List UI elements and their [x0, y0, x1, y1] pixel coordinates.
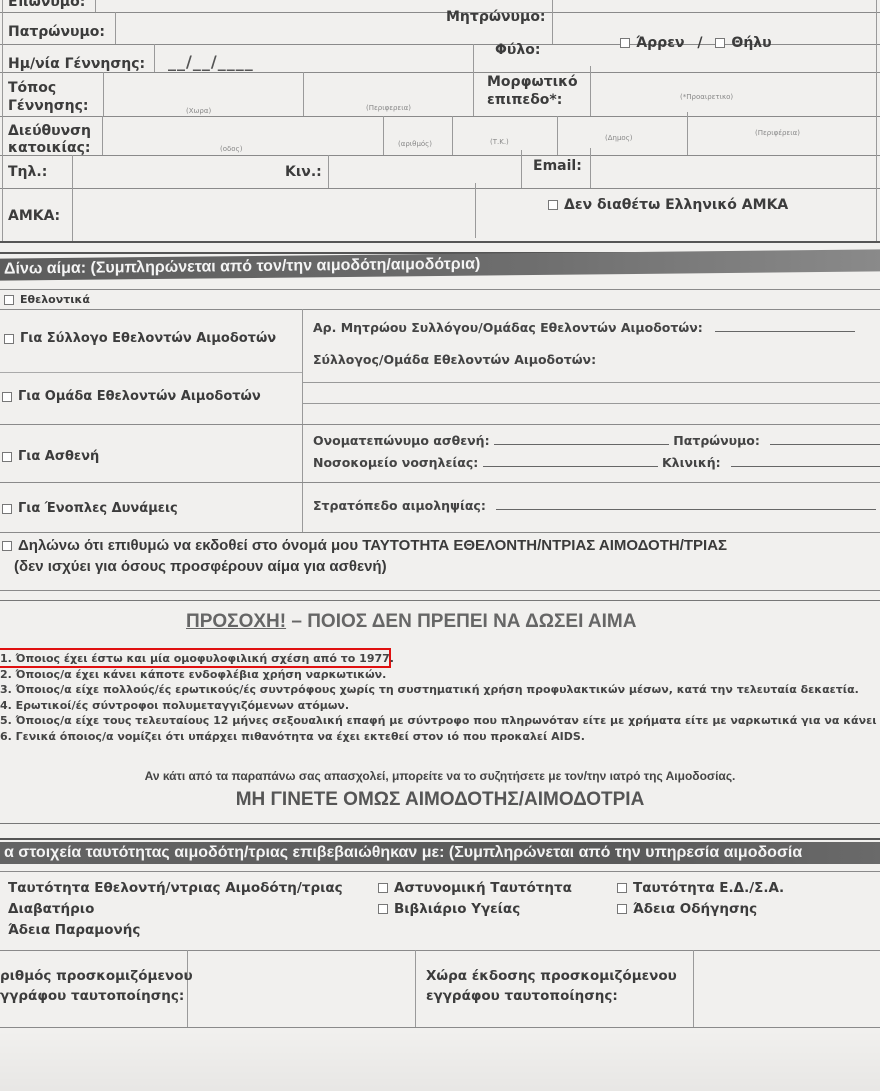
address-label-2: κατοικίας: [8, 140, 91, 156]
birth-date-field[interactable]: __/__/____ [168, 52, 254, 71]
phone-label: Τηλ.: [8, 164, 47, 180]
mother-name-label: Μητρώνυμο: [446, 9, 546, 25]
voluntary-checkbox[interactable] [4, 295, 14, 305]
no-amka-option: Δεν διαθέτω Ελληνικό ΑΜΚΑ [548, 197, 788, 213]
police-id-checkbox[interactable] [378, 883, 388, 893]
amka-field[interactable] [73, 189, 474, 240]
id-card-checkbox[interactable] [2, 541, 12, 551]
birth-date-label: Ημ/νία Γέννησης: [8, 56, 145, 72]
id-card-declaration-line-2: (δεν ισχύει για όσους προσφέρουν αίμα γι… [14, 558, 387, 575]
hospital-row: Νοσοκομείο νοσηλείας: Κλινική: [313, 455, 880, 470]
email-label: Email: [533, 158, 582, 174]
armed-forces-checkbox[interactable] [2, 504, 12, 514]
association-reg-input[interactable] [715, 321, 855, 332]
association-name-input[interactable] [303, 370, 880, 410]
doc-number-label-2: γγράφου ταυτοποίησης: [0, 988, 184, 1004]
address-label-1: Διεύθυνση [8, 123, 91, 139]
education-label-1: Μορφωτικό [487, 74, 578, 90]
postal-code-field[interactable] [453, 117, 556, 154]
driving-license-label: Άδεια Οδήγησης [633, 901, 757, 917]
patient-name-label: Ονοματεπώνυμο ασθενή: [313, 433, 490, 448]
association-reg-label: Αρ. Μητρώου Συλλόγου/Ομάδας Εθελοντών Αι… [313, 320, 703, 335]
no-amka-checkbox[interactable] [548, 200, 558, 210]
amka-label: ΑΜΚΑ: [8, 208, 60, 224]
passport-option[interactable]: Διαβατήριο [8, 899, 343, 920]
driving-license-checkbox[interactable] [617, 904, 627, 914]
patient-label: Για Ασθενή [18, 449, 99, 464]
sex-male-checkbox[interactable] [620, 38, 630, 48]
rule-1: 1. Όποιος έχει έστω και μία ομοφυλοφιλικ… [0, 651, 880, 667]
camp-row: Στρατόπεδο αιμοληψίας: [313, 498, 876, 513]
mobile-label: Κιν.: [285, 164, 322, 180]
paper-shadow [0, 1030, 880, 1091]
camp-input[interactable] [496, 499, 876, 510]
surname-label: Επώνυμο: [8, 0, 85, 10]
volunteer-id-option[interactable]: Ταυτότητα Εθελοντή/ντριας Αιμοδότη/τριας [8, 878, 343, 899]
group-label: Για Ομάδα Εθελοντών Αιμοδοτών [18, 389, 261, 404]
municipality-hint: (Δημος) [605, 134, 633, 142]
rule-5: 5. Όποιος/α είχε τους τελευταίους 12 μήν… [0, 713, 880, 729]
identity-header: α στοιχεία ταυτότητας αιμοδότη/τριας επι… [0, 842, 880, 864]
mobile-field[interactable] [329, 156, 520, 187]
rules-list: 1. Όποιος έχει έστω και μία ομοφυλοφιλικ… [0, 651, 880, 744]
doc-country-label-2: εγγράφου ταυτοποίησης: [426, 988, 618, 1004]
rule-2: 2. Όποιος/α έχει κάνει κάποτε ενδοφλέβια… [0, 667, 880, 683]
hospital-label: Νοσοκομείο νοσηλείας: [313, 455, 478, 470]
health-booklet-label: Βιβλιάριο Υγείας [394, 901, 520, 917]
identity-col-3: Ταυτότητα Ε.Δ./Σ.Α. Άδεια Οδήγησης [617, 878, 784, 920]
street-hint: (οδος) [220, 145, 242, 153]
sex-label: Φύλο: [495, 42, 540, 58]
health-booklet-checkbox[interactable] [378, 904, 388, 914]
doc-number-field[interactable] [188, 951, 414, 1026]
camp-label: Στρατόπεδο αιμοληψίας: [313, 498, 486, 513]
option-association: Για Σύλλογο Εθελοντών Αιμοδοτών [4, 331, 276, 346]
association-checkbox[interactable] [4, 334, 14, 344]
warning-closing: ΜΗ ΓΙΝΕΤΕ ΟΜΩΣ ΑΙΜΟΔΟΤΗΣ/ΑΙΜΟΔΟΤΡΙΑ [0, 789, 880, 811]
sex-options: Άρρεν / Θήλυ [620, 35, 772, 51]
birth-place-label-1: Τόπος [8, 80, 56, 96]
education-label-2: επιπεδο*: [487, 92, 562, 108]
father-name-field[interactable] [116, 13, 436, 43]
armed-forces-label: Για Ένοπλες Δυνάμεις [18, 501, 178, 516]
group-checkbox[interactable] [2, 392, 12, 402]
sex-male-label: Άρρεν [636, 35, 685, 51]
doc-country-field[interactable] [694, 951, 880, 1026]
id-card-declaration: Δηλώνω ότι επιθυμώ να εκδοθεί στο όνομά … [2, 537, 727, 554]
id-card-declaration-line-1: Δηλώνω ότι επιθυμώ να εκδοθεί στο όνομά … [18, 537, 727, 554]
sex-separator: / [697, 35, 702, 51]
voluntary-option: Εθελοντικά [4, 293, 90, 306]
address-region-hint: (Περιφέρεια) [755, 129, 800, 137]
street-field[interactable] [103, 117, 382, 154]
warning-title: ΠΡΟΣΟΧΗ! – ΠΟΙΟΣ ΔΕΝ ΠΡΕΠΕΙ ΝΑ ΔΩΣΕΙ ΑΙΜ… [186, 611, 636, 633]
rule-3: 3. Όποιος/α είχε πολλούς/ές ερωτικούς/ές… [0, 682, 880, 698]
birth-region-hint: (Περιφερεια) [366, 104, 411, 112]
option-armed-forces: Για Ένοπλες Δυνάμεις [2, 501, 178, 516]
hospital-input[interactable] [483, 456, 658, 467]
warning-title-attention: ΠΡΟΣΟΧΗ! [186, 611, 286, 632]
postal-code-hint: (Τ.Κ.) [490, 138, 509, 146]
donation-header: Δίνω αίμα: (Συμπληρώνεται από τον/την αι… [0, 249, 880, 280]
email-field[interactable] [591, 150, 875, 187]
father-name-label: Πατρώνυμο: [8, 24, 105, 40]
patient-father-input[interactable] [770, 434, 880, 445]
education-field[interactable] [591, 68, 875, 114]
warning-note: Αν κάτι από τα παραπάνω σας απασχολεί, μ… [0, 769, 880, 783]
clinic-label: Κλινική: [662, 455, 721, 470]
birth-country-hint: (Χωρα) [186, 107, 211, 115]
sex-female-checkbox[interactable] [715, 38, 725, 48]
association-name-label: Σύλλογος/Ομάδα Εθελοντών Αιμοδοτών: [313, 352, 596, 367]
option-patient: Για Ασθενή [2, 449, 99, 464]
phone-field[interactable] [73, 156, 273, 187]
doc-number-label-1: ριθμός προσκομιζόμενου [0, 968, 193, 984]
identity-col-2: Αστυνομική Ταυτότητα Βιβλιάριο Υγείας [378, 878, 572, 920]
identity-col-1: Ταυτότητα Εθελοντή/ντριας Αιμοδότη/τριας… [8, 878, 343, 941]
doc-country-label-1: Χώρα έκδοσης προσκομιζόμενου [426, 968, 677, 984]
rule-6: 6. Γενικά όποιος/α νομίζει ότι υπάρχει π… [0, 729, 880, 745]
clinic-input[interactable] [731, 456, 880, 467]
education-hint: (*Προαιρετικο) [680, 93, 733, 101]
voluntary-label: Εθελοντικά [20, 293, 90, 306]
patient-father-label: Πατρώνυμο: [673, 433, 760, 448]
patient-checkbox[interactable] [2, 452, 12, 462]
police-id-label: Αστυνομική Ταυτότητα [394, 880, 572, 896]
armed-forces-id-label: Ταυτότητα Ε.Δ./Σ.Α. [633, 880, 784, 896]
street-number-field[interactable] [384, 117, 451, 154]
warning-title-rest: – ΠΟΙΟΣ ΔΕΝ ΠΡΕΠΕΙ ΝΑ ΔΩΣΕΙ ΑΙΜΑ [286, 611, 636, 632]
patient-name-row: Ονοματεπώνυμο ασθενή: Πατρώνυμο: [313, 433, 880, 448]
rule-4: 4. Ερωτικοί/ές σύντροφοι πολυμεταγγιζόμε… [0, 698, 880, 714]
armed-forces-id-checkbox[interactable] [617, 883, 627, 893]
birth-place-label-2: Γέννησης: [8, 98, 89, 114]
no-amka-label: Δεν διαθέτω Ελληνικό ΑΜΚΑ [564, 197, 788, 213]
association-reg-row: Αρ. Μητρώου Συλλόγου/Ομάδας Εθελοντών Αι… [313, 320, 855, 335]
street-number-hint: (αριθμός) [398, 140, 432, 148]
patient-name-input[interactable] [494, 434, 669, 445]
sex-female-label: Θήλυ [731, 35, 771, 51]
option-group: Για Ομάδα Εθελοντών Αιμοδοτών [2, 389, 261, 404]
residence-permit-option[interactable]: Άδεια Παραμονής [8, 920, 343, 941]
association-label: Για Σύλλογο Εθελοντών Αιμοδοτών [20, 331, 276, 346]
